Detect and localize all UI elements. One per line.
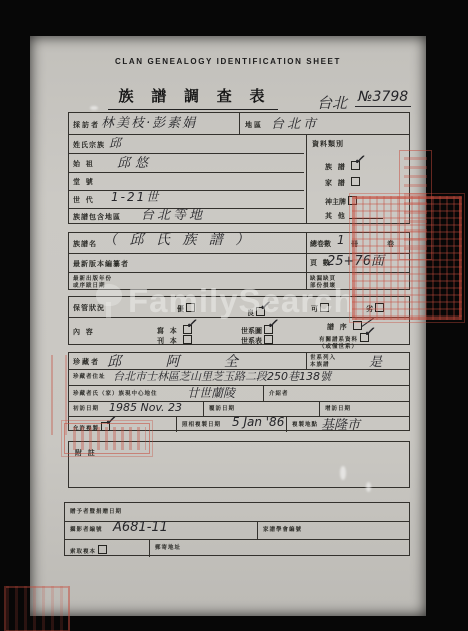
- checkbox-request-copy: [98, 545, 107, 554]
- divider: [203, 401, 204, 416]
- divider: [69, 190, 304, 191]
- clan-center-value: 廿世蘭陵: [187, 384, 235, 401]
- divider: [69, 385, 409, 386]
- generations-label: 世 代: [73, 195, 95, 205]
- film-number-handwritten: №3798: [355, 89, 411, 107]
- area-label: 地區: [245, 120, 263, 130]
- checkbox-fair: [320, 303, 329, 312]
- interviewer-label: 採訪者: [73, 120, 100, 130]
- coverage-value: 台北等地: [141, 204, 205, 223]
- compiler-label: 最新版本編纂者: [73, 259, 129, 269]
- volumes-value: 1: [337, 233, 345, 247]
- condition-fair: 可: [311, 303, 329, 314]
- holder-address-value: 台北市士林區芝山里芝玉路二段250巷138號: [113, 368, 331, 384]
- first-visit-label: 初訪日期: [73, 406, 99, 413]
- checkbox-tablet: [348, 196, 357, 205]
- checkmark: ✓: [267, 316, 278, 332]
- listed-value: 是: [369, 351, 382, 370]
- copy-date-label: 照相複製日期: [182, 422, 221, 429]
- photographer-no-value: A681-11: [113, 520, 168, 535]
- divider: [65, 539, 409, 540]
- divider: [149, 539, 150, 557]
- volumes-label: 總卷數: [310, 239, 331, 249]
- copy-date-value: 5 Jan '86: [232, 415, 284, 429]
- society-no-label: 家譜學會編號: [263, 527, 302, 534]
- damage-label: 缺漏缺頁部份損壞: [310, 276, 336, 290]
- divider: [176, 416, 177, 432]
- condition-excellent: 優: [177, 303, 195, 314]
- genealogy-survey-sheet: CLAN GENEALOGY IDENTIFICATION SHEET 族 譜 …: [30, 36, 426, 616]
- pages-value: 25+76面: [327, 250, 384, 269]
- revisit-label: 覆訪日期: [209, 406, 235, 413]
- genealogy-title-value: （ 邱 氏 族 譜 ）: [103, 229, 253, 249]
- category-item-tablet: 神主牌: [325, 196, 357, 207]
- divider: [239, 113, 240, 134]
- content-related-material: 有關譜系資料 ✓（或僅世系）: [319, 333, 375, 351]
- clan-label: 姓氏宗族: [73, 140, 105, 150]
- request-copy-label: 索取複本: [70, 545, 107, 556]
- category-item-zupu: 族 譜 ✓: [325, 157, 366, 173]
- divider: [286, 416, 287, 432]
- copy-place-value: 基隆市: [321, 414, 360, 433]
- first-visit-value: 1985 Nov. 23: [109, 401, 182, 414]
- divider: [69, 153, 304, 154]
- checkbox-jiapu: [351, 177, 360, 186]
- form-title: 族 譜 調 查 表: [108, 85, 277, 110]
- volumes-unit-juan: 卷: [387, 239, 396, 249]
- category-label: 資料類別: [312, 139, 344, 149]
- checkmark: ✓: [259, 298, 272, 314]
- table-condition-content: 保管狀況 優 良✓ 可 劣 內 容 寫 本 ✓ 世系圖 ✓ 譜 序 刊 本 世系…: [68, 296, 410, 345]
- checkbox-excellent: [186, 303, 195, 312]
- divider: [257, 521, 258, 539]
- checkbox-pedigree-table: [264, 335, 273, 344]
- notes-box: 附 註: [68, 441, 410, 488]
- copy-allowed-label: 允許複製 ✓: [73, 422, 116, 433]
- category-item-other: 其 他: [325, 211, 383, 221]
- content-printed: 刊 本: [157, 335, 192, 346]
- content-pedigree-table: 世系表: [241, 335, 273, 346]
- divider: [319, 401, 320, 416]
- checkbox-poor: [375, 303, 384, 312]
- divider: [306, 353, 307, 369]
- table-donor-numbers: 贈予者暨捐贈日期 攝影者編號 A681-11 家譜學會編號 索取複本 郵寄地址: [64, 502, 410, 556]
- content-label: 內 容: [73, 327, 95, 337]
- listed-label: 世系列入本族譜: [310, 355, 336, 369]
- notes-label: 附 註: [75, 448, 97, 458]
- first-ancestor-label: 始 祖: [73, 159, 95, 169]
- hall-label: 堂 號: [73, 177, 95, 187]
- divider: [306, 233, 307, 289]
- clan-center-label: 珍藏者氏（家）族現中心地住: [73, 391, 158, 398]
- checkmark: ✓: [104, 417, 116, 424]
- volumes-unit-ce: 冊: [351, 239, 360, 249]
- category-item-jiapu: 家 譜: [325, 177, 360, 188]
- divider: [263, 385, 264, 401]
- divider: [69, 272, 409, 273]
- pubdate-label: 最新出版年份或序跋日期: [73, 276, 112, 290]
- checkmark: ✓: [354, 152, 367, 168]
- photographer-no-label: 攝影者編號: [70, 527, 103, 534]
- holder-label: 珍藏者: [73, 357, 100, 367]
- generations-value: 1-21世: [111, 188, 160, 205]
- form-title-wrap: 族 譜 調 查 表: [30, 85, 356, 110]
- first-ancestor-value: 邱悠: [117, 152, 153, 171]
- blank-line: [349, 218, 383, 219]
- table-genealogy-title: 族譜名 （ 邱 氏 族 譜 ） 總卷數 1 冊 卷 最新版本編纂者 頁 數 25…: [68, 232, 410, 290]
- mail-address-label: 郵寄地址: [155, 545, 181, 552]
- table-clan-info: 採訪者 林美枝·彭素娟 地區 台北市 姓氏宗族 邱 始 祖 邱悠 堂 號 世 代…: [68, 112, 410, 224]
- checkmark: ✓: [363, 328, 375, 335]
- table-holder-visits: 珍藏者 邱 阿 全 世系列入本族譜 是 珍藏者住址 台北市士林區芝山里芝玉路二段…: [68, 352, 410, 431]
- interviewer-value: 林美枝·彭素娟: [101, 112, 197, 131]
- region-handwritten: 台北: [317, 92, 347, 113]
- area-value: 台北市: [271, 113, 319, 132]
- divider: [306, 134, 307, 223]
- added-visit-label: 增訪日期: [325, 406, 351, 413]
- donor-label: 贈予者暨捐贈日期: [70, 509, 122, 516]
- copy-place-label: 複製地點: [292, 422, 318, 429]
- divider: [69, 317, 409, 318]
- checkbox-printed: [183, 335, 192, 344]
- coverage-label: 族譜包含地區: [73, 212, 121, 222]
- condition-poor: 劣: [366, 303, 384, 314]
- microfilm-frame: CLAN GENEALOGY IDENTIFICATION SHEET 族 譜 …: [0, 0, 468, 631]
- holder-address-label: 珍藏者住址: [73, 374, 106, 381]
- condition-label: 保管狀況: [73, 303, 105, 313]
- checkmark: ✓: [186, 316, 199, 332]
- divider: [69, 172, 304, 173]
- introducer-label: 介紹者: [269, 391, 289, 398]
- clan-value: 邱: [109, 134, 121, 151]
- sheet-header-english: CLAN GENEALOGY IDENTIFICATION SHEET: [30, 57, 426, 66]
- genealogy-title-label: 族譜名: [73, 239, 97, 249]
